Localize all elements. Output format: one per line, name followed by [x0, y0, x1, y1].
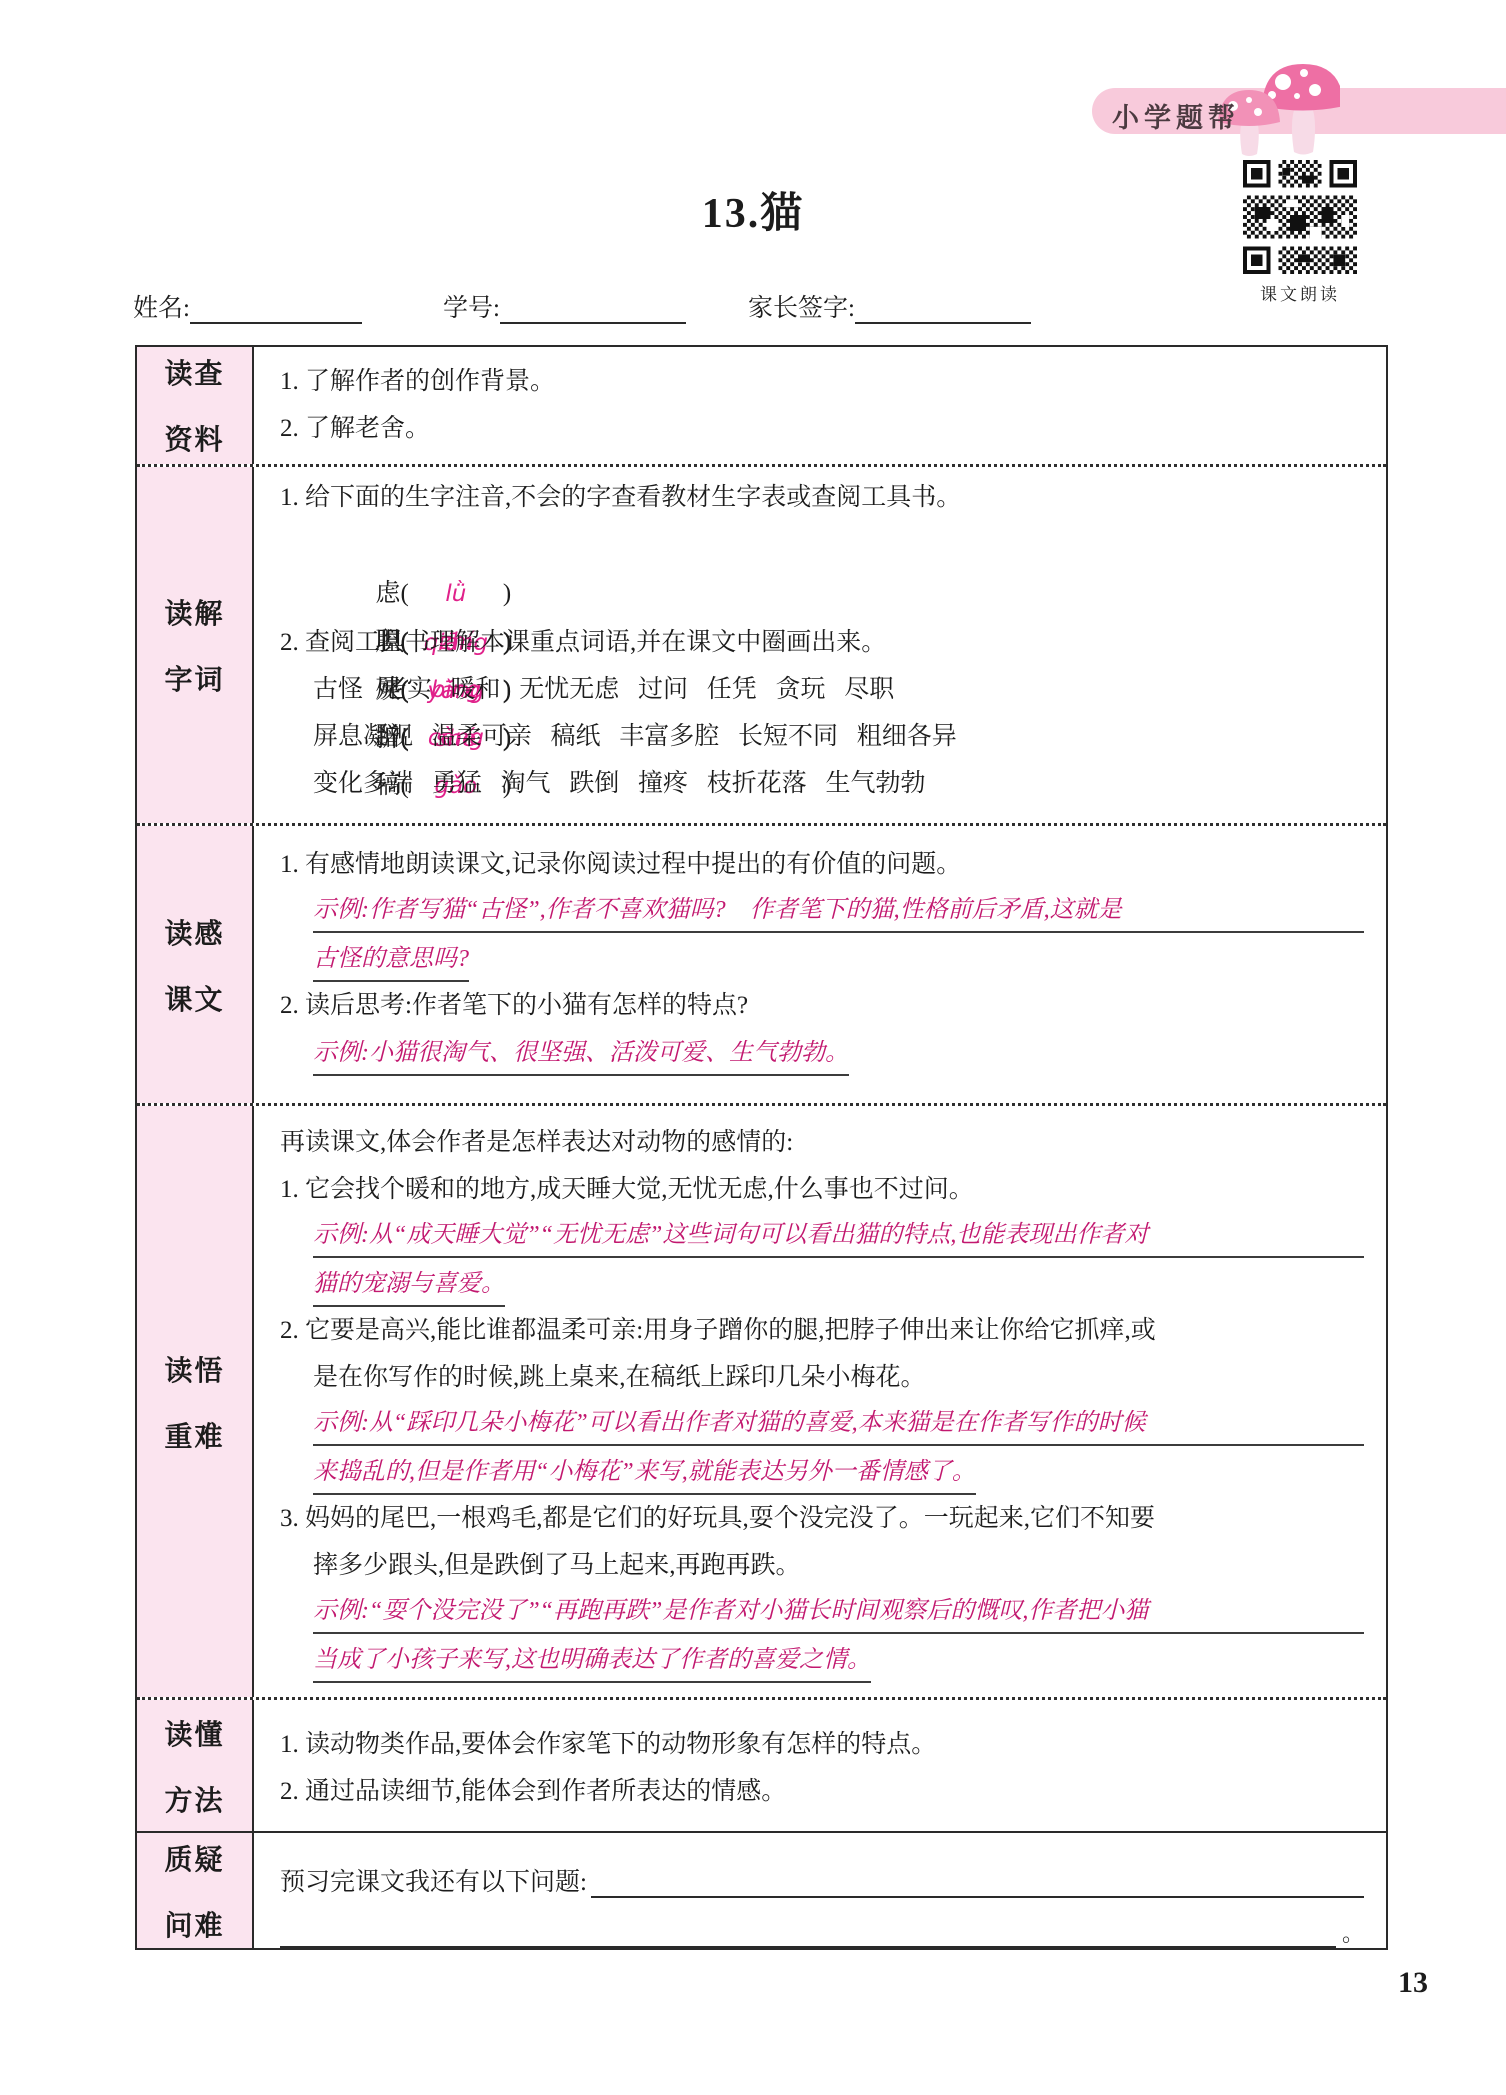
task-item-continued: 是在你写作的时候,跳上桌来,在稿纸上踩印几朵小梅花。 — [280, 1355, 1364, 1402]
section-label-line: 字词 — [164, 658, 224, 698]
section-label-line: 资料 — [164, 418, 224, 458]
period-mark: 。 — [1342, 1917, 1364, 1948]
signature-label: 家长签字: — [748, 288, 855, 324]
task-intro: 再读课文,体会作者是怎样表达对动物的感情的: — [280, 1120, 1364, 1167]
section-label: 读感 课文 — [137, 826, 254, 1103]
hanzi: 虑 — [376, 580, 401, 607]
section-read-words: 读解 字词 1. 给下面的生字注音,不会的字查看教材生字表或查阅工具书。 虑(l… — [137, 467, 1386, 827]
sample-answer: 示例:“耍个没完没了”“再跑再跌”是作者对小猫长时间观察后的慨叹,作者把小猫 — [313, 1590, 1364, 1634]
answer-line: 古怪的意思吗? — [280, 936, 1364, 983]
lesson-title: 13.猫 — [0, 180, 1506, 240]
section-label-line: 质疑 — [164, 1838, 224, 1878]
name-field: 姓名: — [133, 288, 362, 324]
answer-line: 猫的宠溺与喜爱。 — [280, 1261, 1364, 1308]
question-blank-1[interactable] — [591, 1862, 1364, 1898]
section-label: 读解 字词 — [137, 467, 254, 824]
section-label: 质疑 问难 — [137, 1833, 254, 1948]
answer-line: 示例:小猫很淘气、很坚强、活泼可爱、生气勃勃。 — [280, 1030, 1364, 1077]
answer-line: 示例:“耍个没完没了”“再跑再跌”是作者对小猫长时间观察后的慨叹,作者把小猫 — [280, 1590, 1364, 1637]
section-content: 1. 读动物类作品,要体会作家笔下的动物形象有怎样的特点。 2. 通过品读细节,… — [254, 1700, 1386, 1831]
question-blank-2[interactable] — [280, 1912, 1336, 1948]
task-item: 2. 通过品读细节,能体会到作者所表达的情感。 — [280, 1769, 1364, 1816]
word-list-line: 古怪 老实 暖和 无忧无虑 过问 任凭 贪玩 尽职 — [280, 667, 1364, 714]
sample-answer: 示例:从“踩印几朵小梅花”可以看出作者对猫的喜爱,本来猫是在作者写作的时候 — [313, 1402, 1364, 1446]
worksheet-table: 读查 资料 1. 了解作者的创作背景。 2. 了解老舍。 读解 字词 1. 给下… — [135, 345, 1388, 1950]
word-list-line: 屏息凝视 温柔可亲 稿纸 丰富多腔 长短不同 粗细各异 — [280, 714, 1364, 761]
sample-answer: 当成了小孩子来写,这也明确表达了作者的喜爱之情。 — [313, 1639, 871, 1683]
signature-blank[interactable] — [855, 296, 1031, 324]
task-item: 2. 它要是高兴,能比谁都温柔可亲:用身子蹭你的腿,把脖子伸出来让你给它抓痒,或 — [280, 1308, 1364, 1355]
task-item: 2. 查阅工具书理解本课重点词语,并在课文中圈画出来。 — [280, 620, 1364, 667]
sample-answer: 示例:小猫很淘气、很坚强、活泼可爱、生气勃勃。 — [313, 1032, 849, 1076]
student-id-label: 学号: — [443, 288, 500, 324]
task-item: 1. 读动物类作品,要体会作家笔下的动物形象有怎样的特点。 — [280, 1722, 1364, 1769]
task-item: 1. 它会找个暖和的地方,成天睡大觉,无忧无虑,什么事也不过问。 — [280, 1167, 1364, 1214]
section-question: 质疑 问难 预习完课文我还有以下问题: 。 — [137, 1833, 1386, 1948]
section-label: 读懂 方法 — [137, 1700, 254, 1831]
sample-answer: 来捣乱的,但是作者用“小梅花”来写,就能表达另外一番情感了。 — [313, 1451, 976, 1495]
section-label-line: 问难 — [164, 1904, 224, 1944]
section-label-line: 课文 — [164, 978, 224, 1018]
section-label: 读悟 重难 — [137, 1106, 254, 1697]
section-content: 1. 有感情地朗读课文,记录你阅读过程中提出的有价值的问题。 示例:作者写猫“古… — [254, 826, 1386, 1103]
page-number: 13 — [1398, 1966, 1428, 2000]
sample-answer: 古怪的意思吗? — [313, 938, 469, 982]
name-label: 姓名: — [133, 288, 190, 324]
section-read-feel: 读感 课文 1. 有感情地朗读课文,记录你阅读过程中提出的有价值的问题。 示例:… — [137, 826, 1386, 1106]
task-item: 1. 了解作者的创作背景。 — [280, 359, 1364, 406]
answer-line: 来捣乱的,但是作者用“小梅花”来写,就能表达另外一番情感了。 — [280, 1449, 1364, 1496]
pinyin-line: 虑(lǜ) 职(zhí) 屏(bǐng) 蹭(cèng) 稿(gǎo) — [280, 522, 1364, 571]
question-prompt: 预习完课文我还有以下问题: — [280, 1862, 587, 1898]
student-id-blank[interactable] — [500, 296, 686, 324]
worksheet-page: 小学题帮 — [0, 0, 1506, 2095]
name-blank[interactable] — [190, 296, 362, 324]
answer-line: 当成了小孩子来写,这也明确表达了作者的喜爱之情。 — [280, 1637, 1364, 1684]
section-read-research: 读查 资料 1. 了解作者的创作背景。 2. 了解老舍。 — [137, 347, 1386, 467]
section-label-line: 读懂 — [164, 1713, 224, 1753]
section-label-line: 重难 — [164, 1415, 224, 1455]
pinyin-group[interactable]: 虑(lǜ) — [376, 580, 512, 607]
section-label-line: 读悟 — [164, 1349, 224, 1389]
paren: ) — [503, 580, 511, 607]
student-fields: 姓名: 学号: 家长签字: — [133, 288, 1388, 324]
section-read-method: 读懂 方法 1. 读动物类作品,要体会作家笔下的动物形象有怎样的特点。 2. 通… — [137, 1700, 1386, 1833]
section-label-line: 方法 — [164, 1779, 224, 1819]
question-blank-line: 。 — [280, 1908, 1364, 1948]
task-item: 2. 了解老舍。 — [280, 406, 1364, 453]
header-badge-label: 小学题帮 — [1112, 96, 1240, 135]
task-item: 1. 有感情地朗读课文,记录你阅读过程中提出的有价值的问题。 — [280, 842, 1364, 889]
section-content: 预习完课文我还有以下问题: 。 — [254, 1833, 1386, 1948]
paren: ( — [401, 580, 409, 607]
section-content: 1. 了解作者的创作背景。 2. 了解老舍。 — [254, 347, 1386, 464]
task-item: 3. 妈妈的尾巴,一根鸡毛,都是它们的好玩具,耍个没完没了。一玩起来,它们不知要 — [280, 1496, 1364, 1543]
word-list-line: 变化多端 勇猛 淘气 跌倒 撞疼 枝折花落 生气勃勃 — [280, 761, 1364, 808]
section-content: 1. 给下面的生字注音,不会的字查看教材生字表或查阅工具书。 虑(lǜ) 职(z… — [254, 467, 1386, 824]
task-item: 1. 给下面的生字注音,不会的字查看教材生字表或查阅工具书。 — [280, 475, 1364, 522]
section-label: 读查 资料 — [137, 347, 254, 464]
section-read-comprehend: 读悟 重难 再读课文,体会作者是怎样表达对动物的感情的: 1. 它会找个暖和的地… — [137, 1106, 1386, 1700]
section-label-line: 读查 — [164, 352, 224, 392]
student-id-field: 学号: — [443, 288, 686, 324]
section-label-line: 读感 — [164, 912, 224, 952]
section-label-line: 读解 — [164, 592, 224, 632]
signature-field: 家长签字: — [748, 288, 1031, 324]
section-content: 再读课文,体会作者是怎样表达对动物的感情的: 1. 它会找个暖和的地方,成天睡大… — [254, 1106, 1386, 1697]
pinyin-answer: lǜ — [409, 570, 503, 618]
sample-answer: 猫的宠溺与喜爱。 — [313, 1263, 505, 1307]
answer-line: 示例:从“成天睡大觉”“无忧无虑”这些词句可以看出猫的特点,也能表现出作者对 — [280, 1214, 1364, 1261]
answer-line: 示例:从“踩印几朵小梅花”可以看出作者对猫的喜爱,本来猫是在作者写作的时候 — [280, 1402, 1364, 1449]
sample-answer: 示例:从“成天睡大觉”“无忧无虑”这些词句可以看出猫的特点,也能表现出作者对 — [313, 1214, 1364, 1258]
task-item: 2. 读后思考:作者笔下的小猫有怎样的特点? — [280, 983, 1364, 1030]
task-item-continued: 摔多少跟头,但是跌倒了马上起来,再跑再跌。 — [280, 1543, 1364, 1590]
sample-answer: 示例:作者写猫“古怪”,作者不喜欢猫吗? 作者笔下的猫,性格前后矛盾,这就是 — [313, 889, 1364, 933]
answer-line: 示例:作者写猫“古怪”,作者不喜欢猫吗? 作者笔下的猫,性格前后矛盾,这就是 — [280, 889, 1364, 936]
question-prompt-line: 预习完课文我还有以下问题: — [280, 1851, 1364, 1898]
